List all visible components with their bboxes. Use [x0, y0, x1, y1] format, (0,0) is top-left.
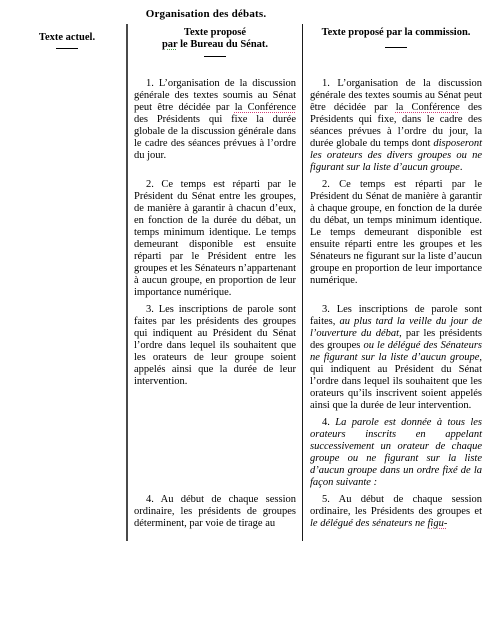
commission-paragraph-1: 1. L’organisation de la discussion génér… [310, 78, 482, 174]
bureau-paragraph-3: 3. Les inscriptions de parole sont faite… [134, 304, 296, 388]
text-run: 5. Au début de chaque session ordinaire,… [310, 494, 482, 517]
empty-cell [8, 78, 126, 179]
spellcheck-squiggle-conference: la Conférence [396, 102, 460, 113]
column-header-texte-actuel: Texte actuel. [8, 24, 126, 78]
spellcheck-squiggle-conference: la Conférence [235, 102, 296, 113]
text-run: des Présidents qui fixe la durée globale… [134, 114, 296, 161]
bureau-cell-3: 3. Les inscriptions de parole sont faite… [126, 304, 303, 417]
header-rule [385, 47, 407, 48]
commission-cell-1: 1. L’organisation de la discussion génér… [303, 78, 484, 179]
bureau-paragraph-1: 1. L’organisation de la discussion génér… [134, 78, 296, 162]
spellcheck-squiggle-figu: figu- [428, 518, 448, 529]
header-rule [204, 56, 226, 57]
empty-cell [8, 417, 126, 494]
amendment-italic-run: le délégué des sénateurs ne [310, 518, 428, 529]
text-run: 4. [322, 417, 335, 428]
grammar-squiggle-par: par [162, 39, 178, 50]
commission-paragraph-4: 4. La parole est donnée à tous les orate… [310, 417, 482, 489]
bureau-cell-5: 4. Au début de chaque session ordinaire,… [126, 494, 303, 541]
comparison-table: Texte actuel. Texte proposé par le Burea… [8, 24, 496, 541]
page-title: Organisation des débats. [0, 8, 412, 20]
commission-paragraph-2: 2. Ce temps est réparti par le Président… [310, 179, 482, 287]
document-page: { "page": { "title": "Organisation des d… [0, 0, 496, 625]
column-header-texte-actuel-label: Texte actuel. [39, 32, 95, 43]
commission-paragraph-3: 3. Les inscriptions de parole sont faite… [310, 304, 482, 412]
amendment-italic-run: La parole est donnée à tous les orateurs… [310, 417, 482, 488]
empty-cell [8, 179, 126, 304]
empty-cell [8, 304, 126, 417]
commission-cell-4: 4. La parole est donnée à tous les orate… [303, 417, 484, 494]
text-run: . [460, 162, 463, 173]
commission-cell-2: 2. Ce temps est réparti par le Président… [303, 179, 484, 304]
column-header-commission-label: Texte proposé par la commission. [322, 27, 471, 38]
title-block: Organisation des débats. [0, 0, 412, 20]
bureau-cell-2: 2. Ce temps est réparti par le Président… [126, 179, 303, 304]
commission-paragraph-5: 5. Au début de chaque session ordinaire,… [310, 494, 482, 530]
bureau-cell-4-empty [126, 417, 303, 494]
column-header-commission: Texte proposé par la commission. [303, 24, 484, 78]
column-header-bureau: Texte proposé par le Bureau du Sénat. [126, 24, 303, 78]
commission-cell-3: 3. Les inscriptions de parole sont faite… [303, 304, 484, 417]
column-header-bureau-line1: Texte proposé [184, 27, 246, 38]
bureau-paragraph-2: 2. Ce temps est réparti par le Président… [134, 179, 296, 299]
bureau-paragraph-4: 4. Au début de chaque session ordinaire,… [134, 494, 296, 530]
bureau-cell-1: 1. L’organisation de la discussion génér… [126, 78, 303, 179]
empty-cell [8, 494, 126, 541]
commission-cell-5: 5. Au début de chaque session ordinaire,… [303, 494, 484, 541]
column-header-bureau-line2: le Bureau du Sénat. [178, 39, 269, 50]
header-rule [56, 48, 78, 49]
